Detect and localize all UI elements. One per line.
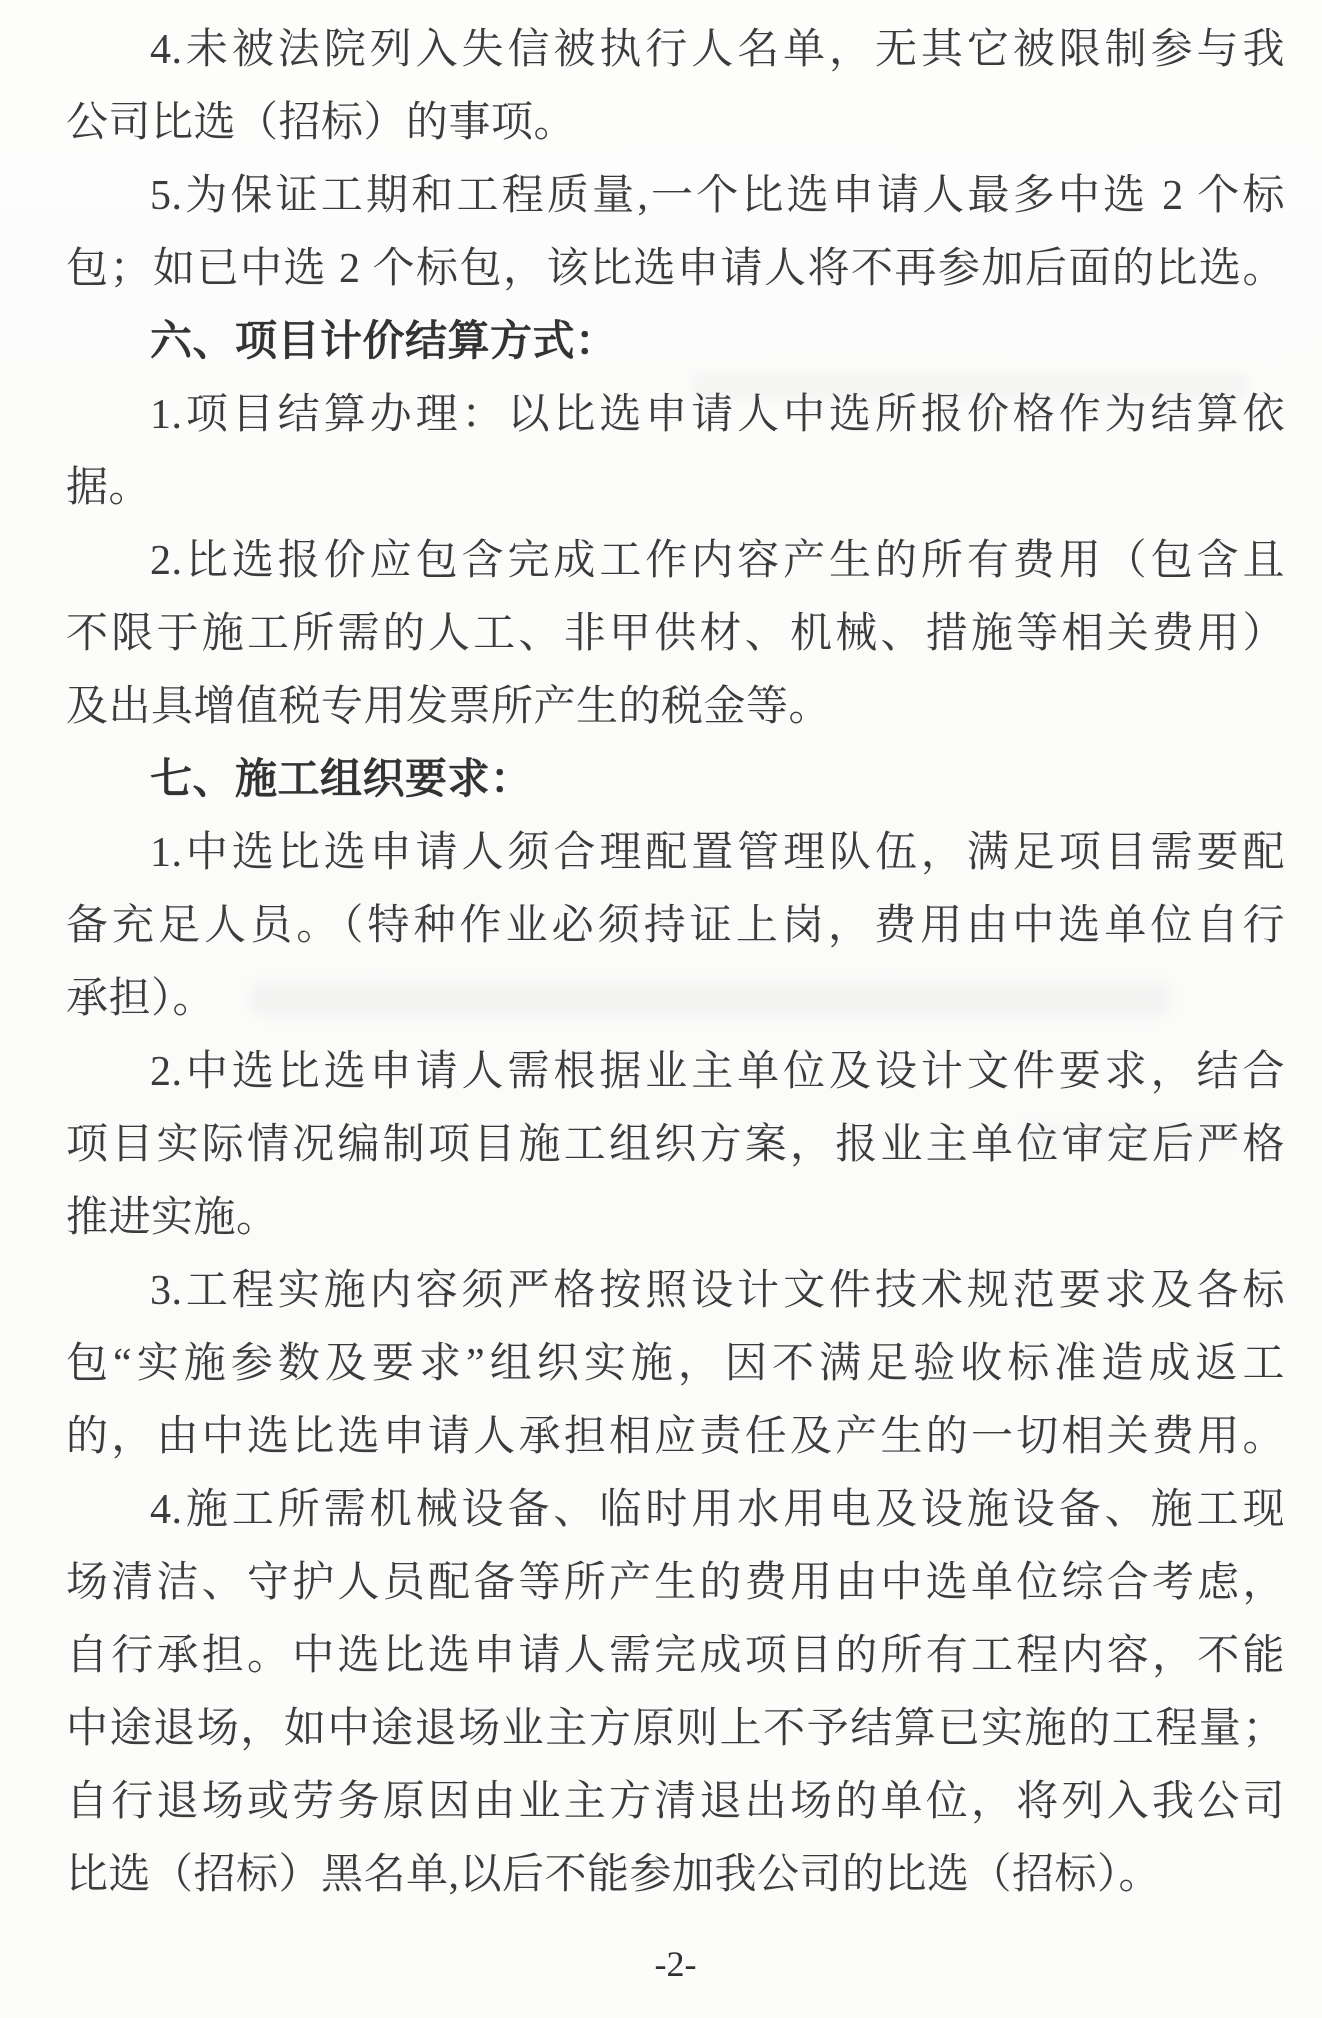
text-line: 项目实际情况编制项目施工组织方案，报业主单位审定后严格 bbox=[66, 1109, 1285, 1182]
text-line: 场清洁、守护人员配备等所产生的费用由中选单位综合考虑， bbox=[66, 1547, 1285, 1620]
text-line: 比选（招标）黑名单,以后不能参加我公司的比选（招标）。 bbox=[66, 1839, 1285, 1912]
text-line: 据。 bbox=[66, 452, 1285, 525]
text-line: 不限于施工所需的人工、非甲供材、机械、措施等相关费用） bbox=[66, 598, 1285, 671]
scanned-document-page: 4.未被法院列入失信被执行人名单，无其它被限制参与我 公司比选（招标）的事项。 … bbox=[0, 0, 1322, 2018]
text-line: 1.项目结算办理：以比选申请人中选所报价格作为结算依 bbox=[66, 379, 1285, 452]
text-line: 的，由中选比选申请人承担相应责任及产生的一切相关费用。 bbox=[66, 1401, 1285, 1474]
text-line: 备充足人员。（特种作业必须持证上岗，费用由中选单位自行 bbox=[66, 890, 1285, 963]
text-line: 4.施工所需机械设备、临时用水用电及设施设备、施工现 bbox=[66, 1474, 1285, 1547]
text-line: 包“实施参数及要求”组织实施，因不满足验收标准造成返工 bbox=[66, 1328, 1285, 1401]
text-line: 及出具增值税专用发票所产生的税金等。 bbox=[66, 671, 1285, 744]
text-line: 2.比选报价应包含完成工作内容产生的所有费用（包含且 bbox=[66, 525, 1285, 598]
text-line: 公司比选（招标）的事项。 bbox=[66, 87, 1285, 160]
text-line: 自行退场或劳务原因由业主方清退出场的单位，将列入我公司 bbox=[66, 1766, 1285, 1839]
section-heading-7: 七、施工组织要求： bbox=[66, 744, 1285, 817]
text-line: 1.中选比选申请人须合理配置管理队伍，满足项目需要配 bbox=[66, 817, 1285, 890]
text-line: 3.工程实施内容须严格按照设计文件技术规范要求及各标 bbox=[66, 1255, 1285, 1328]
section-heading-6: 六、项目计价结算方式： bbox=[66, 306, 1285, 379]
page-number: -2- bbox=[66, 1942, 1285, 1986]
text-line: 4.未被法院列入失信被执行人名单，无其它被限制参与我 bbox=[66, 14, 1285, 87]
text-line: 包；如已中选 2 个标包，该比选申请人将不再参加后面的比选。 bbox=[66, 233, 1285, 306]
text-line: 承担）。 bbox=[66, 963, 1285, 1036]
text-line: 2.中选比选申请人需根据业主单位及设计文件要求，结合 bbox=[66, 1036, 1285, 1109]
text-line: 中途退场，如中途退场业主方原则上不予结算已实施的工程量； bbox=[66, 1693, 1285, 1766]
text-line: 自行承担。中选比选申请人需完成项目的所有工程内容，不能 bbox=[66, 1620, 1285, 1693]
text-line: 5.为保证工期和工程质量,一个比选申请人最多中选 2 个标 bbox=[66, 160, 1285, 233]
text-line: 推进实施。 bbox=[66, 1182, 1285, 1255]
